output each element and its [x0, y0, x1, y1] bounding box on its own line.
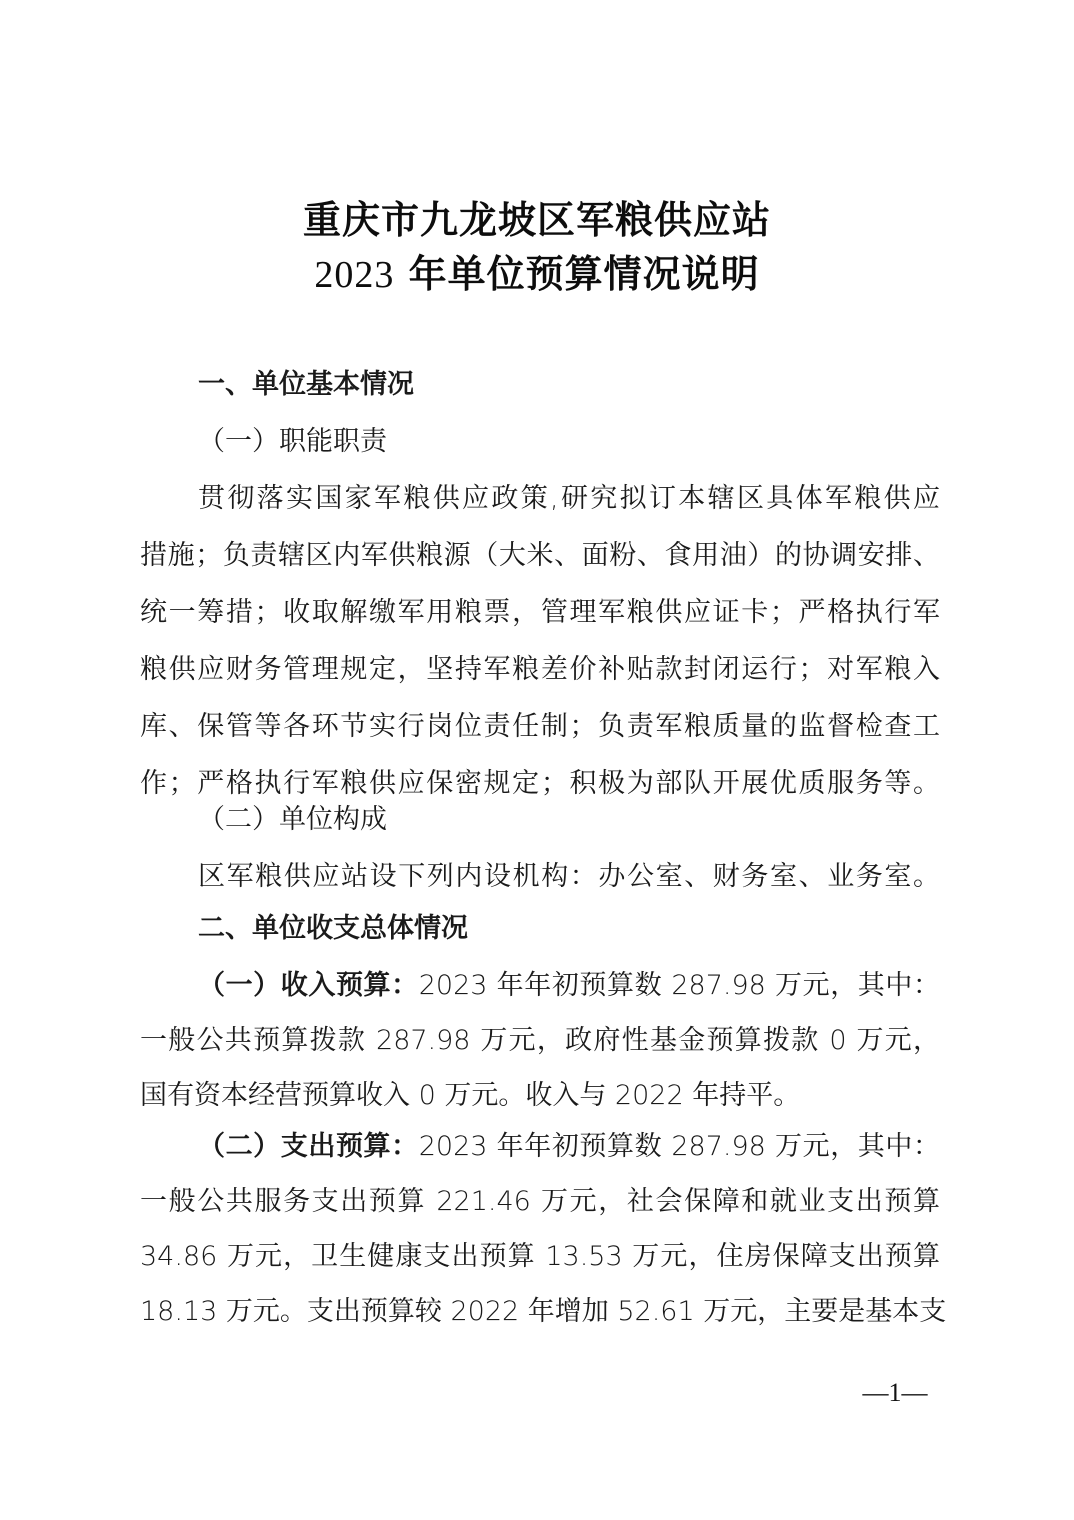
expenditure-line: （二）支出预算：2023 年年初预算数 287.98 万元，其中： [198, 1127, 940, 1167]
section1-heading: 一、单位基本情况 [198, 365, 940, 405]
title-rest: 年单位预算情况说明 [394, 251, 759, 296]
section2-heading: 二、单位收支总体情况 [198, 909, 940, 949]
document-title-line2: 2023 年单位预算情况说明 [0, 248, 1074, 301]
income-line: （一）收入预算：2023 年年初预算数 287.98 万元，其中： [198, 966, 940, 1006]
subsection-duties-heading: （一）职能职责 [198, 422, 940, 462]
paragraph-line: 措施；负责辖区内军供粮源（大米、面粉、食用油）的协调安排、 [140, 536, 940, 576]
document-page: 重庆市九龙坡区军粮供应站 2023 年单位预算情况说明 一、单位基本情况 （一）… [0, 0, 1074, 1520]
expenditure-label: （二）支出预算： [198, 1131, 419, 1162]
paragraph-line: 区军粮供应站设下列内设机构：办公室、财务室、业务室。 [198, 857, 940, 897]
title-year: 2023 [314, 254, 394, 296]
paragraph-line: 作；严格执行军粮供应保密规定；积极为部队开展优质服务等。 [140, 764, 940, 804]
paragraph-line: 18.13 万元。支出预算较 2022 年增加 52.61 万元，主要是基本支 [140, 1292, 940, 1332]
paragraph-line: 贯彻落实国家军粮供应政策,研究拟订本辖区具体军粮供应 [198, 479, 940, 519]
paragraph-line: 库、保管等各环节实行岗位责任制；负责军粮质量的监督检查工 [140, 707, 940, 747]
paragraph-line: 34.86 万元，卫生健康支出预算 13.53 万元，住房保障支出预算 [140, 1237, 940, 1277]
expenditure-text: 2023 年年初预算数 287.98 万元，其中： [419, 1131, 940, 1162]
paragraph-line: 一般公共预算拨款 287.98 万元，政府性基金预算拨款 0 万元， [140, 1021, 940, 1061]
paragraph-line: 统一筹措；收取解缴军用粮票，管理军粮供应证卡；严格执行军 [140, 593, 940, 633]
page-number: —1— [850, 1375, 940, 1411]
paragraph-line: 粮供应财务管理规定，坚持军粮差价补贴款封闭运行；对军粮入 [140, 650, 940, 690]
subsection-structure-heading: （二）单位构成 [198, 800, 940, 840]
paragraph-line: 一般公共服务支出预算 221.46 万元，社会保障和就业支出预算 [140, 1182, 940, 1222]
income-label: （一）收入预算： [198, 970, 419, 1001]
paragraph-line: 国有资本经营预算收入 0 万元。收入与 2022 年持平。 [140, 1076, 940, 1116]
income-text: 2023 年年初预算数 287.98 万元，其中： [419, 970, 940, 1001]
document-title-line1: 重庆市九龙坡区军粮供应站 [0, 194, 1074, 246]
